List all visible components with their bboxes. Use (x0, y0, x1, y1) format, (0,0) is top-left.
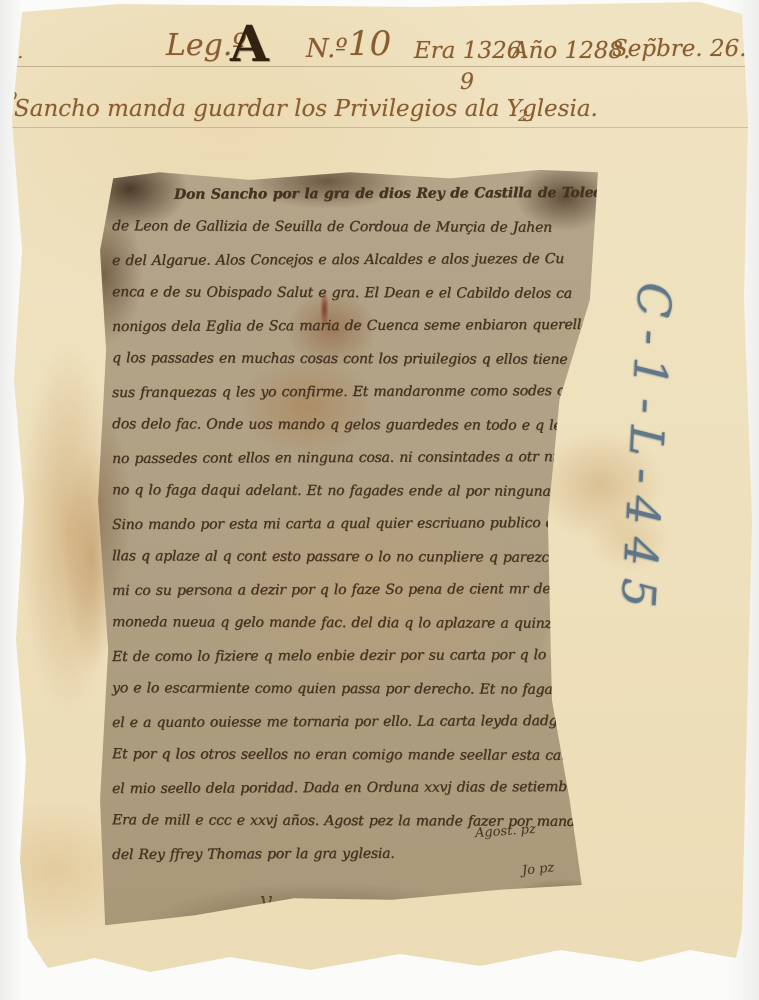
manuscript-line: de Leon de Gallizia de Seuilla de Cordou… (112, 210, 564, 245)
scanned-archive-page: 2. Leg.º A N.º 10 Era 1326. Año 1288. Se… (0, 0, 759, 1000)
manuscript-line: nonigos dela Eglia de Sca maria de Cuenc… (112, 309, 564, 344)
blue-pencil-shelfmark: C-1-L-445 (596, 281, 682, 893)
manuscript-line: Don Sancho por la gra de dios Rey de Cas… (112, 177, 564, 212)
manuscript-line: yo e lo escarmiente como quien passa por… (112, 672, 564, 707)
manuscript-line: enca e de su Obispado Salut e gra. El De… (112, 276, 564, 311)
title-flourish: 9 (460, 70, 474, 95)
ruled-line-title (6, 127, 753, 128)
manuscript-line: el mio seello dela poridad. Dada en Ordu… (112, 771, 564, 806)
manuscript-line: q los passades en muchas cosas cont los … (112, 342, 564, 377)
manuscript-line: no q lo faga daqui adelant. Et no fagade… (112, 474, 564, 509)
manuscript-line: llas q aplaze al q cont esto passare o l… (112, 540, 564, 575)
manuscript-text-block: Don Sancho por la gra de dios Rey de Cas… (112, 178, 564, 871)
manuscript-line: del Rey ffrey Thomas por la gra yglesia. (112, 837, 564, 872)
month-day-date: Sep̃bre. 26. (612, 36, 747, 62)
manuscript-line: Et de como lo fiziere q melo enbie dezir… (112, 639, 564, 674)
ink-blot (320, 290, 329, 328)
number-label: N.º (306, 34, 348, 64)
archive-folder-sheet: 2. Leg.º A N.º 10 Era 1326. Año 1288. Se… (0, 0, 759, 1000)
notary-v-mark: v (260, 886, 272, 919)
manuscript-line: no passedes cont ellos en ninguna cosa. … (112, 441, 564, 476)
manuscript-line: sus franquezas q les yo confirme. Et man… (112, 375, 564, 410)
manuscript-line: e del Algarue. Alos Concejos e alos Alca… (112, 243, 564, 278)
scribe-signature: Jo pz (521, 860, 555, 878)
parchment-charter: Don Sancho por la gra de dios Rey de Cas… (94, 166, 600, 940)
manuscript-line: moneda nueua q gelo mande fac. del dia q… (112, 606, 564, 641)
manuscript-line: Sino mando por esta mi carta a qual quie… (112, 507, 564, 542)
legajo-letter: A (230, 14, 269, 73)
ruled-line-top (10, 66, 747, 67)
manuscript-line: mi co su persona a dezir por q lo faze S… (112, 573, 564, 608)
manuscript-line: el e a quanto ouiesse me tornaria por el… (112, 705, 564, 740)
document-title: Sancho manda guardar los Privilegios ala… (14, 96, 598, 122)
margin-mark-left: 2. (6, 42, 23, 63)
title-end-mark: 2. (518, 106, 533, 125)
manuscript-line: dos delo fac. Onde uos mando q gelos gua… (112, 408, 564, 443)
manuscript-line: Et por q los otros seellos no eran comig… (112, 738, 564, 773)
number-value: 10 (348, 24, 391, 64)
